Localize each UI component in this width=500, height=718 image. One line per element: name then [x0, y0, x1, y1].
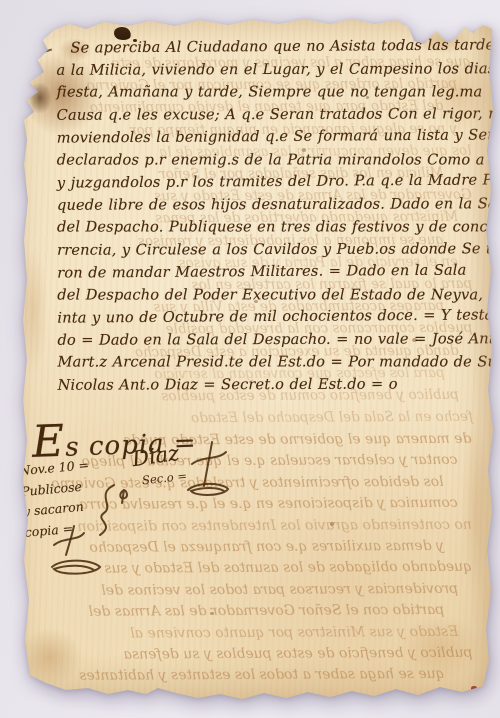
paper-shadow-wrapper: que se haga saber a los vecinos y morado… [0, 0, 500, 718]
paper-edge-shading [0, 0, 500, 718]
manuscript-paper: que se haga saber a los vecinos y morado… [0, 0, 500, 718]
photo-backdrop: que se haga saber a los vecinos y morado… [0, 0, 500, 718]
